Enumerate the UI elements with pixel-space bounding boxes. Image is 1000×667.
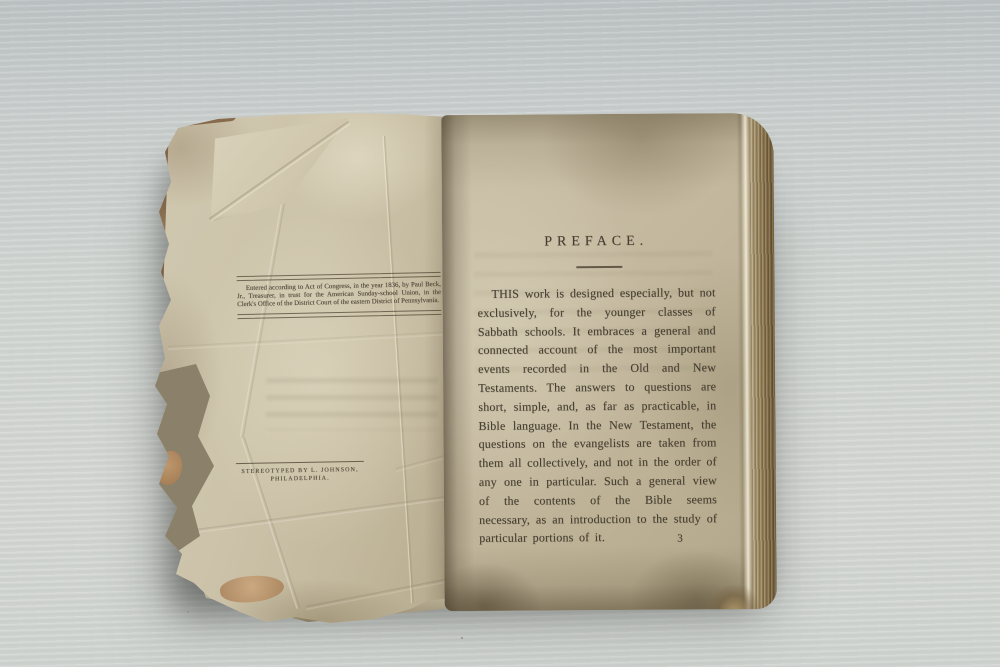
double-rule (237, 272, 441, 281)
photo-background: Entered according to Act of Congress, in… (0, 0, 1000, 667)
double-rule (237, 309, 441, 318)
preface-heading: PREFACE. (477, 233, 715, 251)
show-through-text (266, 378, 438, 430)
page-number: 3 (677, 532, 683, 544)
imprint-rule (236, 461, 364, 464)
book: Entered according to Act of Congress, in… (148, 106, 775, 630)
copyright-notice: Entered according to Act of Congress, in… (237, 281, 441, 310)
gutter-shadow (441, 115, 474, 611)
worn-cover-edge (150, 126, 169, 294)
preface-page-content: PREFACE. THIS work is designed especiall… (476, 113, 717, 611)
printer-imprint-block: STEREOTYPED BY L. JOHNSON, PHILADELPHIA. (236, 461, 364, 484)
preface-body-text: THIS work is designed especially, but no… (477, 283, 717, 548)
torn-paper-fragment (219, 573, 285, 606)
worn-cover-edge (172, 111, 237, 128)
copyright-notice-block: Entered according to Act of Congress, in… (237, 272, 442, 319)
fold-crease (168, 332, 444, 350)
page-stack-edge (749, 113, 776, 609)
left-page: Entered according to Act of Congress, in… (148, 106, 458, 626)
heading-divider (576, 266, 622, 268)
right-page: PREFACE. THIS work is designed especiall… (441, 113, 776, 611)
fold-crease (382, 136, 415, 603)
